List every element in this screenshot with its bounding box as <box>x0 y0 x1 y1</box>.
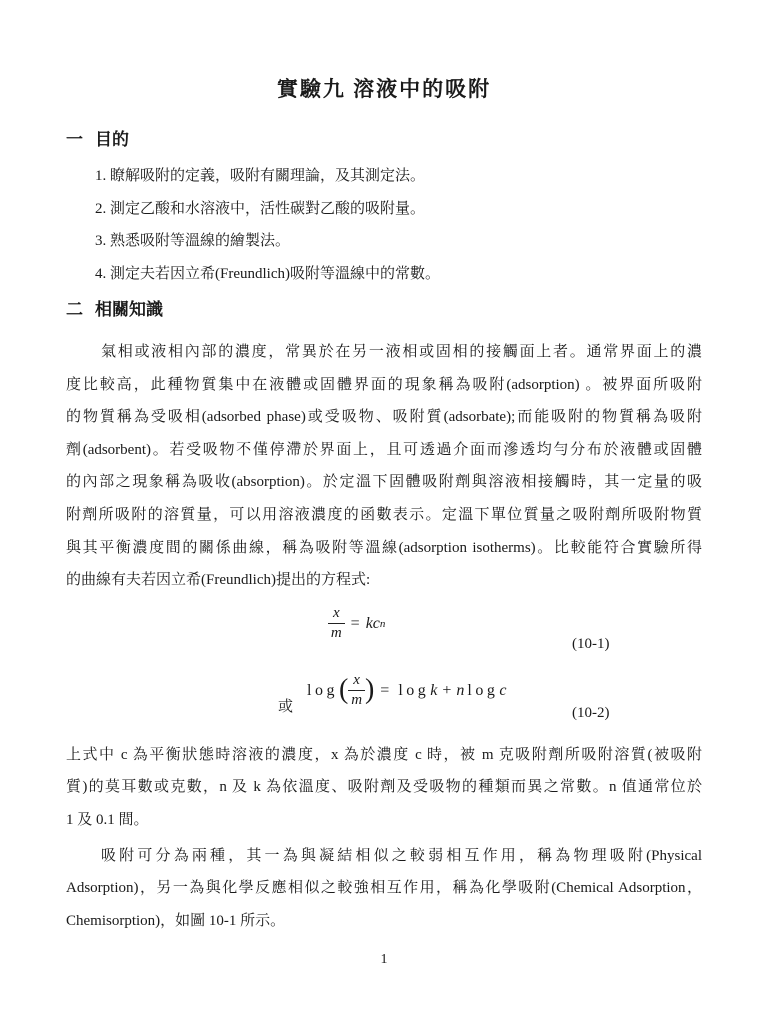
objective-item: 1. 瞭解吸附的定義，吸附有關理論，及其測定法。 <box>95 160 702 193</box>
equation-10-1: x m = kcn (10-1) <box>66 603 702 655</box>
log-operator: log <box>398 682 429 700</box>
fraction-x-over-m: x m <box>328 605 345 643</box>
equation-label: (10-1) <box>572 636 610 653</box>
section-heading-purpose: 一目的 <box>66 128 702 151</box>
plus-sign: + <box>442 682 451 700</box>
section-title: 相關知識 <box>95 300 163 319</box>
page-title: 實驗九 溶液中的吸附 <box>66 0 702 104</box>
open-paren: ( <box>339 676 348 704</box>
equation-10-2: 或 log ( x m ) = log k + n log c (10-2) <box>66 666 702 724</box>
body-line: Adsorption)，另一為與化學反應相似之較強相互作用，稱為化學吸附(Che… <box>66 872 702 905</box>
section-number: 二 <box>66 298 95 321</box>
fraction-numerator: x <box>328 605 345 624</box>
fraction-numerator: x <box>348 672 365 691</box>
equation-expression: x m = kcn <box>328 605 385 643</box>
body-line: 劑(adsorbent)。若受吸物不僅停滯於界面上，且可透過介面而滲透均勻分布於… <box>66 434 702 467</box>
body-line: 氣相或液相內部的濃度，常異於在另一液相或固相的接觸面上者。通常界面上的濃 <box>66 336 702 369</box>
equals-sign: = <box>380 682 389 700</box>
log-operator: log <box>467 682 498 700</box>
paragraph-adsorption-intro: 氣相或液相內部的濃度，常異於在另一液相或固相的接觸面上者。通常界面上的濃 度比較… <box>66 336 702 597</box>
body-line: 上式中 c 為平衡狀態時溶液的濃度，x 為於濃度 c 時，被 m 克吸附劑所吸附… <box>66 739 702 772</box>
close-paren: ) <box>365 676 374 704</box>
log-operator: log <box>307 682 338 700</box>
variable-c: c <box>499 682 506 700</box>
body-line: 吸附可分為兩種，其一為與凝結相似之較弱相互作用，稱為物理吸附(Physical <box>66 840 702 873</box>
body-line: 1 及 0.1 間。 <box>66 804 702 837</box>
body-line: 度比較高，此種物質集中在液體或固體界面的現象稱為吸附(adsorption) 。… <box>66 369 702 402</box>
variable-k: k <box>430 682 437 700</box>
body-line: 的物質稱為受吸相(adsorbed phase)或受吸物、吸附質(adsorba… <box>66 401 702 434</box>
document-page: 實驗九 溶液中的吸附 一目的 1. 瞭解吸附的定義，吸附有關理論，及其測定法。 … <box>0 0 768 1024</box>
paragraph-adsorption-types: 吸附可分為兩種，其一為與凝結相似之較弱相互作用，稱為物理吸附(Physical … <box>66 840 702 938</box>
fraction-x-over-m: x m <box>348 672 365 710</box>
paragraph-constants-explanation: 上式中 c 為平衡狀態時溶液的濃度，x 為於濃度 c 時，被 m 克吸附劑所吸附… <box>66 739 702 837</box>
variable-n: n <box>456 682 464 700</box>
body-line: 與其平衡濃度間的關係曲線，稱為吸附等溫線(adsorption isotherm… <box>66 532 702 565</box>
page-number: 1 <box>0 952 768 968</box>
objective-item: 2. 測定乙酸和水溶液中，活性碳對乙酸的吸附量。 <box>95 193 702 226</box>
equals-sign: = <box>351 615 360 633</box>
fraction-denominator: m <box>331 624 342 642</box>
body-line: 質)的莫耳數或克數，n 及 k 為依溫度、吸附劑及受吸物的種類而異之常數。n 值… <box>66 771 702 804</box>
body-line: 附劑所吸附的溶質量，可以用溶液濃度的函數表示。定溫下單位質量之吸附劑所吸附物質 <box>66 499 702 532</box>
objective-item: 4. 測定夫若因立希(Freundlich)吸附等溫線中的常數。 <box>95 258 702 291</box>
section-number: 一 <box>66 128 95 151</box>
objective-item: 3. 熟悉吸附等溫線的繪製法。 <box>95 225 702 258</box>
or-word: 或 <box>278 695 293 716</box>
objective-list: 1. 瞭解吸附的定義，吸附有關理論，及其測定法。 2. 測定乙酸和水溶液中，活性… <box>95 160 702 290</box>
section-heading-knowledge: 二相關知識 <box>66 298 702 321</box>
section-title: 目的 <box>95 130 129 149</box>
equation-rhs: kc <box>366 615 380 633</box>
body-line: 的內部之現象稱為吸收(absorption)。於定溫下固體吸附劑與溶液相接觸時，… <box>66 466 702 499</box>
body-line: 的曲線有夫若因立希(Freundlich)提出的方程式: <box>66 564 702 597</box>
equation-label: (10-2) <box>572 705 610 722</box>
body-line: Chemisorption)，如圖 10-1 所示。 <box>66 905 702 938</box>
equation-expression: log ( x m ) = log k + n log c <box>304 672 506 710</box>
fraction-denominator: m <box>351 691 362 709</box>
